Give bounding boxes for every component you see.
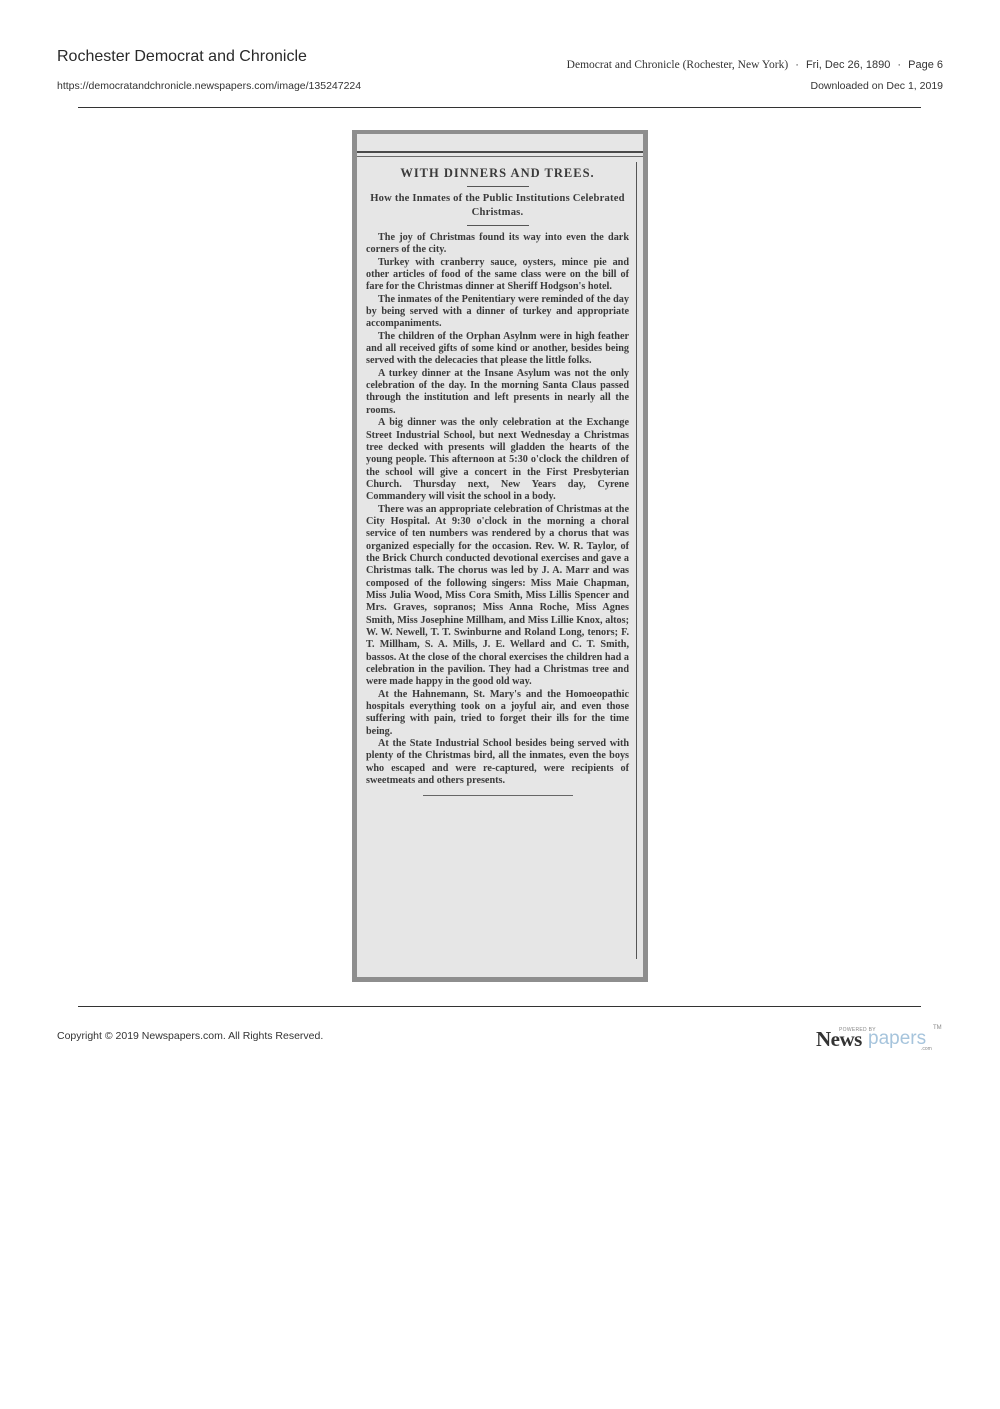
copyright-notice: Copyright © 2019 Newspapers.com. All Rig… bbox=[57, 1030, 323, 1042]
logo-papers-wordmark: papers bbox=[868, 1028, 926, 1050]
paragraph: The inmates of the Penitentiary were rem… bbox=[366, 294, 629, 331]
headline-rule bbox=[467, 186, 529, 187]
article-subhead: How the Inmates of the Public Institutio… bbox=[366, 192, 629, 220]
separator: · bbox=[897, 59, 901, 71]
header-divider bbox=[78, 107, 921, 108]
paragraph: The children of the Orphan Asylnm were i… bbox=[366, 331, 629, 368]
page-number: Page 6 bbox=[908, 59, 943, 71]
article-body: The joy of Christmas found its way into … bbox=[366, 232, 629, 787]
column-divider-line bbox=[636, 162, 637, 959]
article-headline: WITH DINNERS AND TREES. bbox=[366, 166, 629, 181]
paragraph: The joy of Christmas found its way into … bbox=[366, 232, 629, 257]
footer-divider bbox=[78, 1006, 921, 1007]
paragraph: At the State Industrial School besides b… bbox=[366, 738, 629, 787]
logo-trademark: TM bbox=[933, 1025, 942, 1031]
separator: · bbox=[795, 59, 799, 71]
clipping-paper: WITH DINNERS AND TREES. How the Inmates … bbox=[357, 134, 643, 977]
logo-dotcom: .com bbox=[921, 1046, 932, 1052]
article-end-rule bbox=[423, 795, 573, 796]
publication-title: Rochester Democrat and Chronicle bbox=[57, 48, 307, 66]
paragraph: A turkey dinner at the Insane Asylum was… bbox=[366, 368, 629, 417]
citation-line: Democrat and Chronicle (Rochester, New Y… bbox=[567, 59, 943, 71]
source-url-link[interactable]: https://democratandchronicle.newspapers.… bbox=[57, 80, 361, 92]
paragraph: Turkey with cranberry sauce, oysters, mi… bbox=[366, 257, 629, 294]
download-date: Downloaded on Dec 1, 2019 bbox=[810, 80, 943, 92]
newspapers-logo[interactable]: News POWERED BY papers TM .com bbox=[816, 1025, 946, 1055]
paragraph: At the Hahnemann, St. Mary's and the Hom… bbox=[366, 689, 629, 738]
paragraph: There was an appropriate celebration of … bbox=[366, 504, 629, 689]
column-top-rule bbox=[357, 151, 643, 157]
subhead-rule bbox=[467, 225, 529, 226]
newspaper-clipping: WITH DINNERS AND TREES. How the Inmates … bbox=[352, 130, 648, 982]
issue-date: Fri, Dec 26, 1890 bbox=[806, 59, 890, 71]
paragraph: A big dinner was the only celebration at… bbox=[366, 417, 629, 503]
paper-name: Democrat and Chronicle (Rochester, New Y… bbox=[567, 59, 789, 71]
